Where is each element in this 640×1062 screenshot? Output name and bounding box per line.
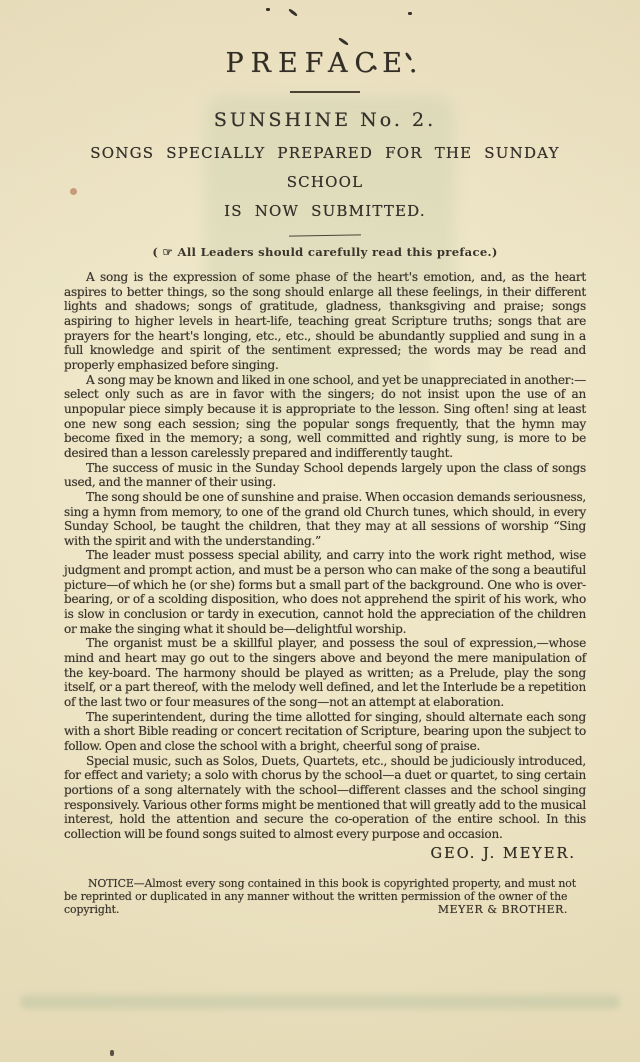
paragraph-6: The organist must be a skillful player, … — [64, 636, 586, 709]
notice-line-1: NOTICE—Almost every song contained in th… — [64, 877, 586, 890]
paragraph-2: A song may be known and liked in one sch… — [64, 373, 586, 461]
ink-mark — [408, 12, 412, 15]
showthrough-stain — [20, 995, 620, 1009]
subtitle-block: SONGS SPECIALLY PREPARED FOR THE SUNDAY … — [64, 139, 586, 226]
ink-mark — [338, 37, 349, 46]
book-page: PREFACE. SUNSHINE No. 2. SONGS SPECIALLY… — [0, 0, 640, 1062]
preface-body: A song is the expression of some phase o… — [64, 270, 586, 862]
paragraph-1: A song is the expression of some phase o… — [64, 270, 586, 373]
paragraph-7: The superintendent, during the time allo… — [64, 710, 586, 754]
paragraph-8: Special music, such as Solos, Duets, Qua… — [64, 754, 586, 842]
copyright-notice: NOTICE—Almost every song contained in th… — [64, 877, 586, 917]
leader-note: ( ☞ All Leaders should carefully read th… — [64, 245, 586, 259]
preface-header: PREFACE. SUNSHINE No. 2. SONGS SPECIALLY… — [64, 48, 586, 259]
paragraph-4: The song should be one of sunshine and p… — [64, 490, 586, 549]
author-signature: GEO. J. MEYER. — [64, 846, 576, 862]
ink-mark — [110, 1050, 114, 1056]
paragraph-3: The success of music in the Sunday Schoo… — [64, 461, 586, 490]
ink-mark — [288, 8, 298, 17]
page-title: PREFACE. — [64, 48, 586, 79]
publisher-name: MEYER & BROTHER. — [438, 903, 586, 916]
divider-rule — [289, 234, 361, 236]
subtitle-line-2: IS NOW SUBMITTED. — [64, 197, 586, 226]
subtitle-line-1: SONGS SPECIALLY PREPARED FOR THE SUNDAY … — [64, 139, 586, 197]
ink-mark — [266, 8, 270, 11]
notice-line-3: copyright. — [64, 903, 119, 916]
series-title: SUNSHINE No. 2. — [64, 109, 586, 131]
paragraph-5: The leader must possess special ability,… — [64, 548, 586, 636]
divider-rule — [290, 91, 360, 93]
notice-line-3-row: copyright. MEYER & BROTHER. — [64, 903, 586, 916]
notice-line-2: be reprinted or duplicated in any manner… — [64, 890, 586, 903]
